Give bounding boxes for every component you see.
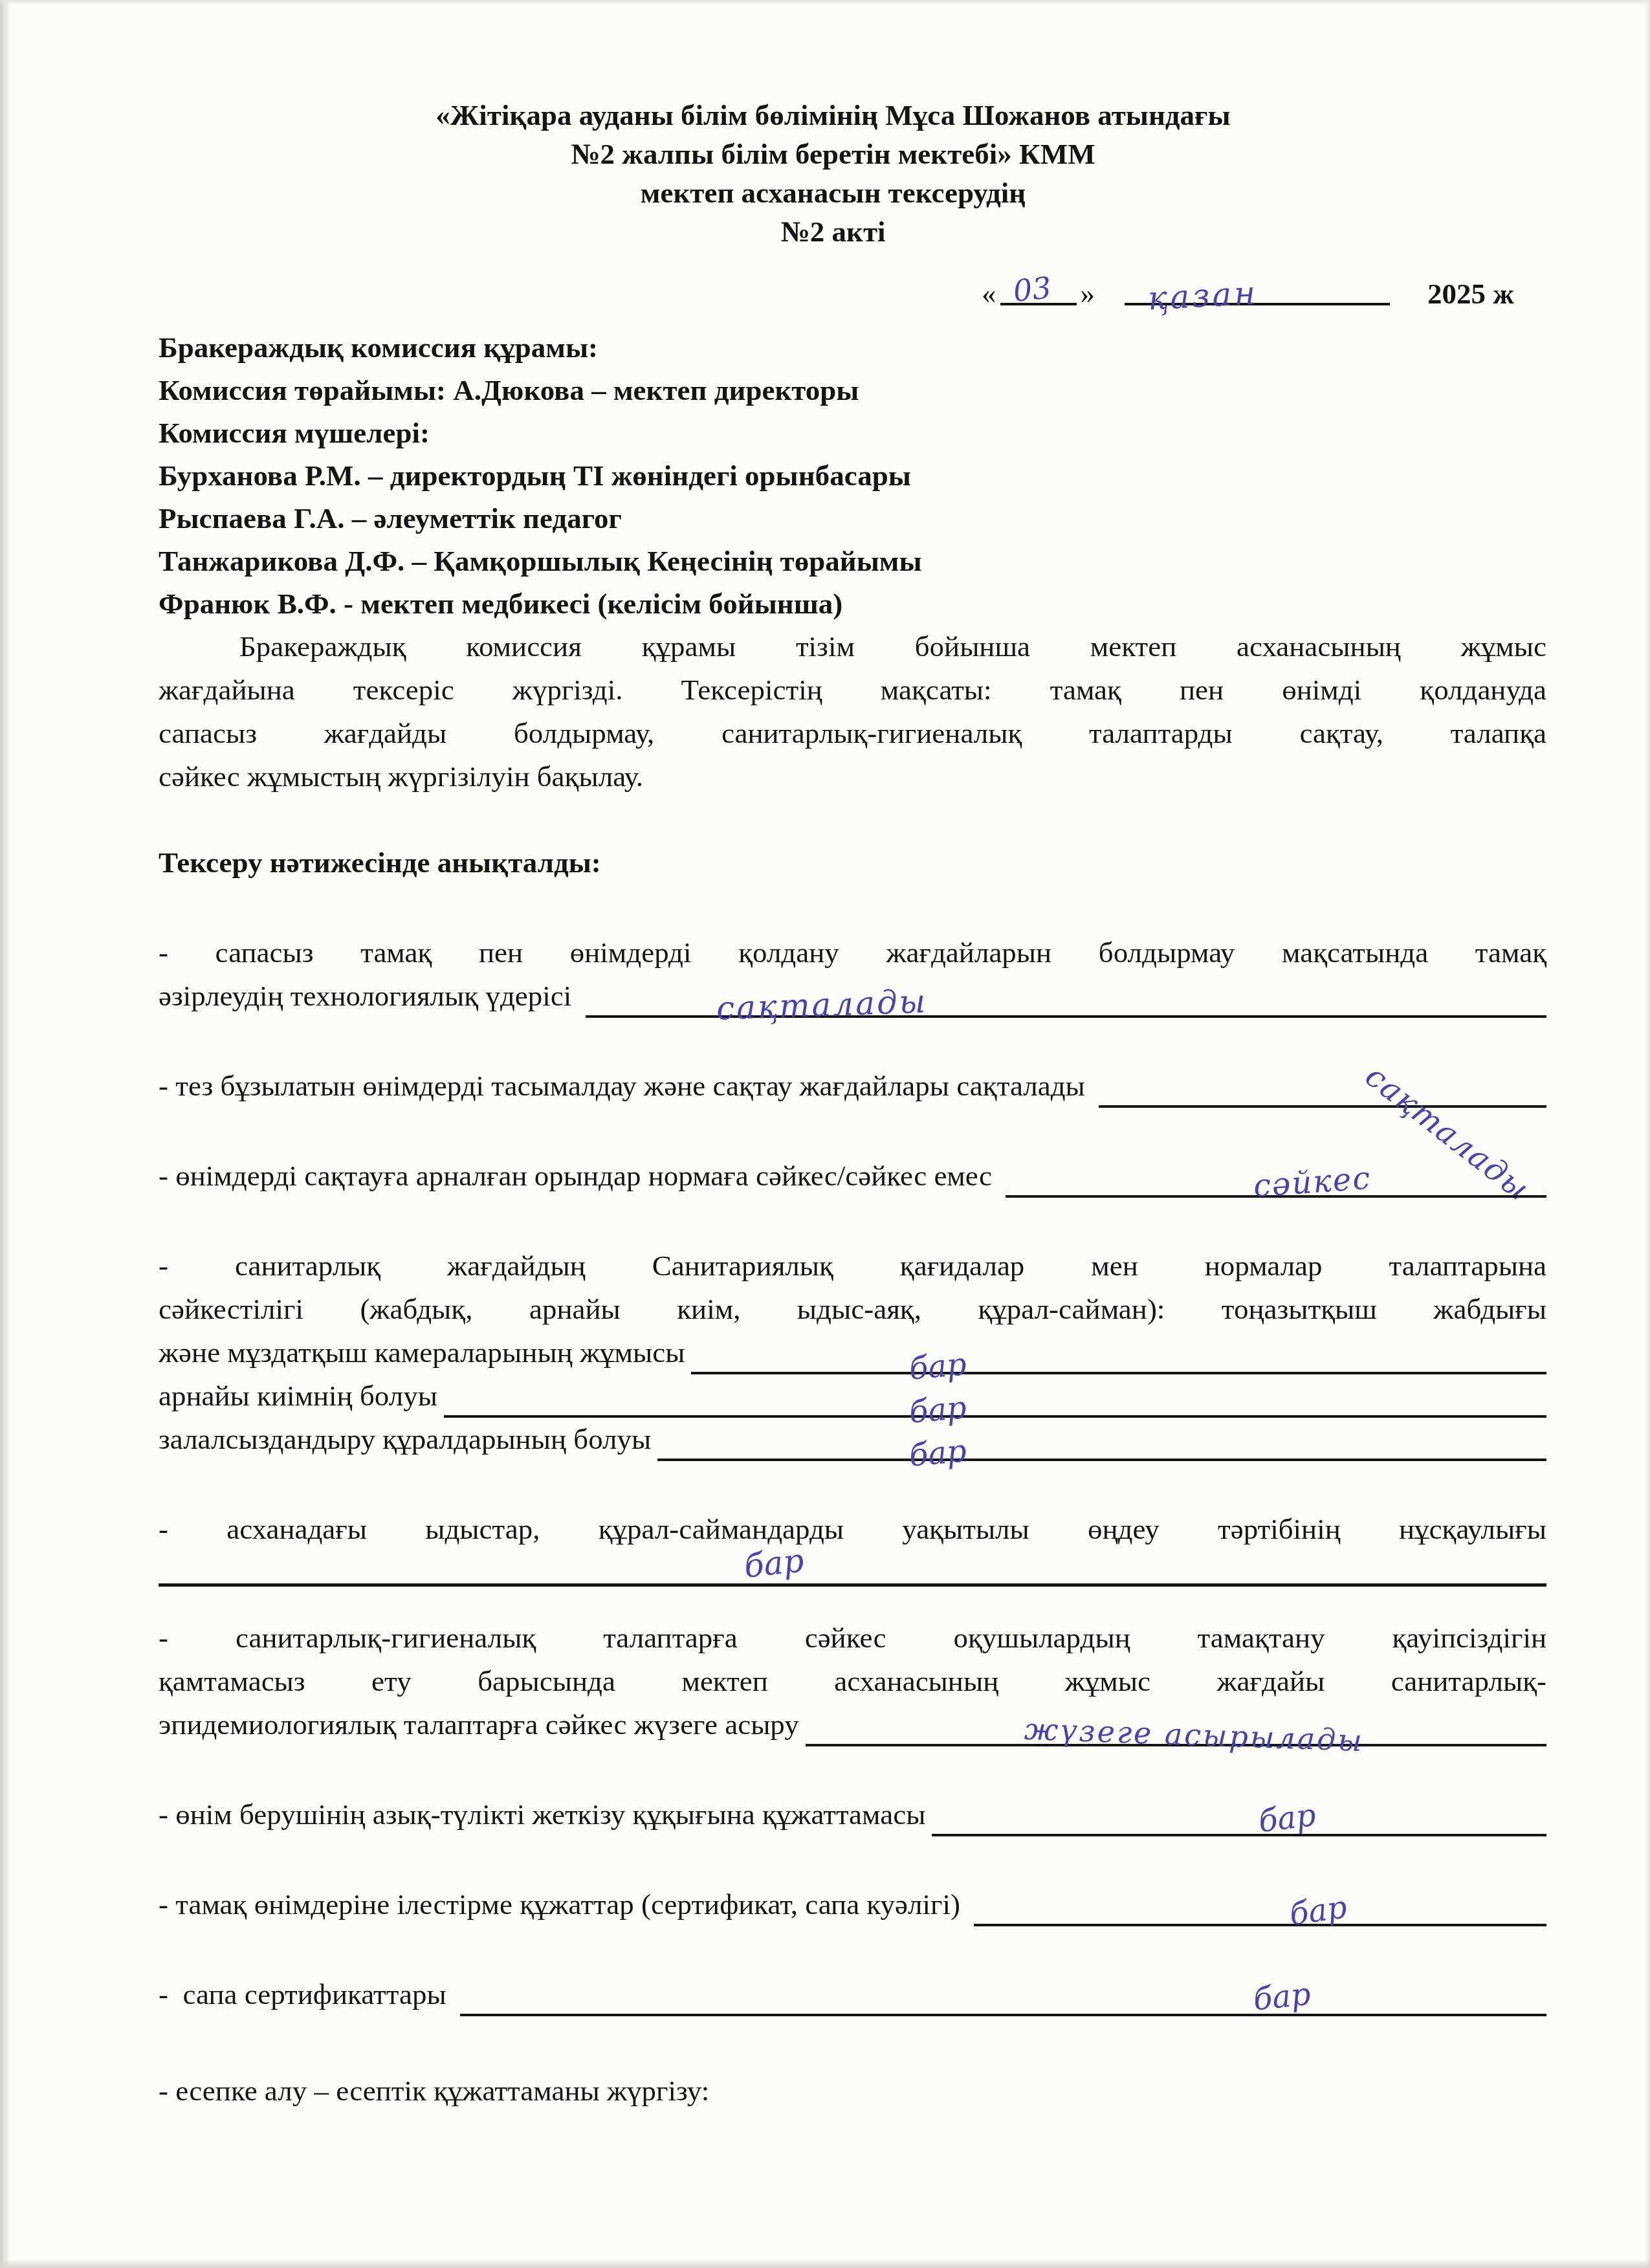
item-5-line-2: бар: [159, 1556, 1546, 1587]
item-8-line-1: - тамақ өнімдеріне ілестірме құжаттар (с…: [159, 1883, 1546, 1926]
scan-edge-bottom: [0, 2259, 1650, 2268]
intro-line-2: жағдайына тексеріс жүргізді. Тексерістің…: [159, 668, 1546, 712]
blank-underline: [691, 1361, 1546, 1374]
item-4-label-freezer: және мұздатқыш камераларының жұмысы: [159, 1331, 685, 1374]
item-1-line-1: - сапасыз тамақ пен өнімдерді қолдану жа…: [159, 931, 1546, 974]
blank-underline: [444, 1405, 1546, 1418]
item-6-line-2: қамтамасыз ету барысында мектеп асханасы…: [159, 1660, 1546, 1703]
scanned-act-document: «Жітіқара ауданы білім бөлімінің Мұса Шо…: [0, 0, 1650, 2268]
item-9-line-1: - сапа сертификаттары бар: [159, 1973, 1546, 2016]
handwritten-entry: бар: [1287, 1886, 1350, 1937]
item-3-label: - өнімдерді сақтауға арналған орындар но…: [159, 1154, 999, 1198]
blank-underline: [586, 1005, 1547, 1018]
document-title: «Жітіқара ауданы білім бөлімінің Мұса Шо…: [159, 96, 1546, 251]
item-4-line-4: арнайы киімнің болуы бар: [159, 1374, 1546, 1418]
close-quote: »: [1077, 277, 1099, 311]
blank-underline: [657, 1448, 1546, 1461]
blank-underline: [159, 1556, 1546, 1587]
blank-underline: [806, 1734, 1546, 1746]
item-8-label: - тамақ өнімдеріне ілестірме құжаттар (с…: [159, 1883, 967, 1926]
commission-heading: Бракераждық комиссия құрамы:: [159, 326, 1546, 369]
finding-item-8: - тамақ өнімдеріне ілестірме құжаттар (с…: [159, 1883, 1546, 1926]
title-line-4: №2 акті: [159, 212, 1508, 251]
intro-line-4: сәйкес жұмыстың жүргізілуін бақылау.: [159, 755, 1546, 798]
commission-member-2: Рыспаева Г.А. – әлеуметтік педагог: [159, 497, 1546, 540]
item-4-line-5: залалсыздандыру құралдарының болуы бар: [159, 1418, 1546, 1461]
item-9-label: - сапа сертификаттары: [159, 1973, 454, 2016]
finding-item-10: - есепке алу – есептік құжаттаманы жүргі…: [159, 2069, 1546, 2113]
handwritten-month: қазан: [1147, 274, 1259, 318]
item-6-label: эпидемиологиялық талаптарға сәйкес жүзег…: [159, 1703, 799, 1746]
finding-item-2: - тез бұзылатын өнімдерді тасымалдау жән…: [159, 1064, 1546, 1108]
item-2-label: - тез бұзылатын өнімдерді тасымалдау жән…: [159, 1064, 1092, 1108]
title-line-2: №2 жалпы білім беретін мектебі» КММ: [159, 135, 1508, 173]
intro-line-1: Бракераждық комиссия құрамы тізім бойынш…: [159, 625, 1546, 668]
item-10-line-1: - есепке алу – есептік құжаттаманы жүргі…: [159, 2069, 1546, 2113]
item-3-line-1: - өнімдерді сақтауға арналған орындар но…: [159, 1154, 1546, 1198]
date-day-blank: 03: [1000, 303, 1077, 305]
blank-underline: [460, 2003, 1546, 2016]
item-4-label-disinfect: залалсыздандыру құралдарының болуы: [159, 1418, 651, 1461]
item-7-line-1: - өнім берушінің азық-түлікті жеткізу құ…: [159, 1793, 1546, 1836]
findings-heading: Тексеру нәтижесінде анықталды:: [159, 841, 1546, 885]
finding-item-6: - санитарлық-гигиеналық талаптарға сәйке…: [159, 1616, 1546, 1746]
item-4-line-3: және мұздатқыш камераларының жұмысы бар: [159, 1331, 1546, 1374]
commission-member-3: Танжарикова Д.Ф. – Қамқоршылық Кеңесінің…: [159, 540, 1546, 582]
date-month-blank: қазан: [1125, 303, 1390, 305]
handwritten-day: 03: [1011, 270, 1053, 309]
handwritten-entry: сәйкес: [1252, 1157, 1372, 1209]
item-1-label: әзірлеудің технологиялық үдерісі: [159, 974, 579, 1018]
finding-item-3: - өнімдерді сақтауға арналған орындар но…: [159, 1154, 1546, 1198]
date-line: « 03 » қазан 2025 ж: [159, 270, 1514, 311]
item-5-line-1: - асханадағы ыдыстар, құрал-саймандарды …: [159, 1508, 1546, 1551]
item-4-line-2: сәйкестілігі (жабдық, арнайы киім, ыдыс-…: [159, 1288, 1546, 1331]
finding-item-4: - санитарлық жағдайдың Санитариялық қағи…: [159, 1244, 1546, 1461]
item-2-line-1: - тез бұзылатын өнімдерді тасымалдау жән…: [159, 1064, 1546, 1108]
item-6-line-3: эпидемиологиялық талаптарға сәйкес жүзег…: [159, 1703, 1546, 1746]
document-content: «Жітіқара ауданы білім бөлімінің Мұса Шо…: [159, 0, 1546, 2113]
blank-underline: [1099, 1095, 1546, 1108]
blank-underline: [974, 1913, 1546, 1926]
finding-item-5: - асханадағы ыдыстар, құрал-саймандарды …: [159, 1508, 1546, 1587]
intro-paragraph: Бракераждық комиссия құрамы тізім бойынш…: [159, 625, 1546, 798]
commission-member-4: Франюк В.Ф. - мектеп медбикесі (келісім …: [159, 582, 1546, 625]
commission-block: Бракераждық комиссия құрамы: Комиссия тө…: [159, 326, 1546, 625]
title-line-3: мектеп асханасын тексерудің: [159, 173, 1508, 212]
item-1-line-2: әзірлеудің технологиялық үдерісі сақтала…: [159, 974, 1546, 1018]
item-7-label: - өнім берушінің азық-түлікті жеткізу құ…: [159, 1793, 925, 1836]
scan-edge-left: [0, 0, 10, 2268]
blank-underline: [932, 1823, 1546, 1836]
item-4-label-clothing: арнайы киімнің болуы: [159, 1374, 437, 1418]
blank-underline: [1006, 1185, 1546, 1198]
intro-line-3: сапасыз жағдайды болдырмау, санитарлық-г…: [159, 712, 1546, 755]
finding-item-7: - өнім берушінің азық-түлікті жеткізу құ…: [159, 1793, 1546, 1836]
open-quote: «: [978, 277, 1000, 311]
title-line-1: «Жітіқара ауданы білім бөлімінің Мұса Шо…: [159, 96, 1508, 135]
commission-members-heading: Комиссия мүшелері:: [159, 412, 1546, 454]
commission-chair: Комиссия төрайымы: А.Дюкова – мектеп дир…: [159, 369, 1546, 412]
scan-edge-right: [1645, 0, 1650, 2268]
commission-member-1: Бурханова Р.М. – директордың ТІ жөніндег…: [159, 454, 1546, 497]
item-4-line-1: - санитарлық жағдайдың Санитариялық қағи…: [159, 1244, 1546, 1288]
date-year: 2025 ж: [1427, 277, 1514, 311]
item-6-line-1: - санитарлық-гигиеналық талаптарға сәйке…: [159, 1616, 1546, 1660]
finding-item-1: - сапасыз тамақ пен өнімдерді қолдану жа…: [159, 931, 1546, 1018]
finding-item-9: - сапа сертификаттары бар: [159, 1973, 1546, 2016]
